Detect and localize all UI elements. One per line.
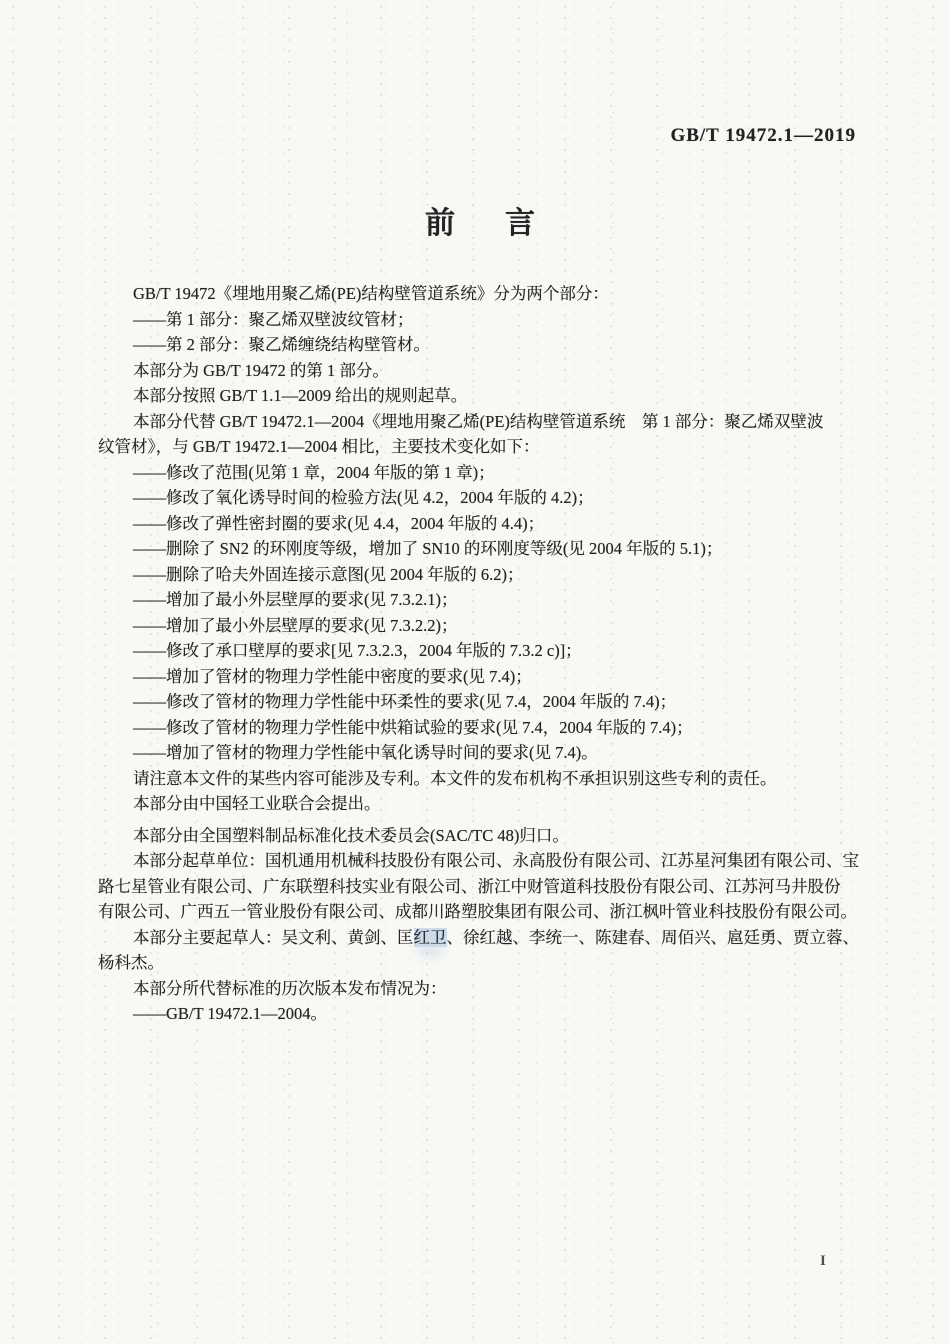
text-line: 本部分为 GB/T 19472 的第 1 部分。 bbox=[98, 358, 874, 384]
text-line: ——增加了最小外层壁厚的要求(见 7.3.2.1)； bbox=[98, 587, 874, 613]
highlighted-text: 红卫 bbox=[414, 928, 447, 947]
text-line: ——增加了管材的物理力学性能中密度的要求(见 7.4)； bbox=[98, 664, 874, 690]
text-line: ——修改了氧化诱导时间的检验方法(见 4.2，2004 年版的 4.2)； bbox=[98, 485, 874, 511]
document-body: GB/T 19472《埋地用聚乙烯(PE)结构壁管道系统》分为两个部分：——第 … bbox=[98, 281, 874, 1027]
text-line: ——删除了哈夫外固连接示意图(见 2004 年版的 6.2)； bbox=[98, 562, 874, 588]
text-line: 路七星管业有限公司、广东联塑科技实业有限公司、浙江中财管道科技股份有限公司、江苏… bbox=[98, 874, 874, 900]
text-line: 本部分按照 GB/T 1.1—2009 给出的规则起草。 bbox=[98, 383, 874, 409]
text-line: 本部分起草单位：国机通用机械科技股份有限公司、永高股份有限公司、江苏星河集团有限… bbox=[98, 848, 874, 874]
text-line: 本部分由中国轻工业联合会提出。 bbox=[98, 791, 874, 817]
text-line: 有限公司、广西五一管业股份有限公司、成都川路塑胶集团有限公司、浙江枫叶管业科技股… bbox=[98, 899, 874, 925]
text-line: ——第 1 部分：聚乙烯双壁波纹管材； bbox=[98, 307, 874, 333]
text-line: 纹管材》，与 GB/T 19472.1—2004 相比，主要技术变化如下： bbox=[98, 434, 874, 460]
text-line: ——删除了 SN2 的环刚度等级，增加了 SN10 的环刚度等级(见 2004 … bbox=[98, 536, 874, 562]
text-line: 本部分所代替标准的历次版本发布情况为： bbox=[98, 976, 874, 1002]
text-line: ——增加了管材的物理力学性能中氧化诱导时间的要求(见 7.4)。 bbox=[98, 740, 874, 766]
page-title: 前 言 bbox=[98, 198, 862, 242]
standard-code: GB/T 19472.1—2019 bbox=[670, 125, 856, 147]
text-line: ——修改了范围(见第 1 章，2004 年版的第 1 章)； bbox=[98, 460, 874, 486]
text-line: 请注意本文件的某些内容可能涉及专利。本文件的发布机构不承担识别这些专利的责任。 bbox=[98, 766, 874, 792]
text-line: ——GB/T 19472.1—2004。 bbox=[98, 1001, 874, 1027]
text-line: 本部分主要起草人：吴文利、黄剑、匡红卫、徐红越、李统一、陈建春、周佰兴、扈廷勇、… bbox=[98, 925, 874, 951]
page-number: I bbox=[820, 1253, 826, 1270]
document-page: GB/T 19472.1—2019 前 言 GB/T 19472《埋地用聚乙烯(… bbox=[0, 0, 950, 1344]
text-line: 本部分代替 GB/T 19472.1—2004《埋地用聚乙烯(PE)结构壁管道系… bbox=[98, 409, 874, 435]
text-line: ——修改了管材的物理力学性能中烘箱试验的要求(见 7.4，2004 年版的 7.… bbox=[98, 715, 874, 741]
text-line: ——修改了弹性密封圈的要求(见 4.4，2004 年版的 4.4)； bbox=[98, 511, 874, 537]
text-line: ——修改了承口壁厚的要求[见 7.3.2.3，2004 年版的 7.3.2 c)… bbox=[98, 638, 874, 664]
text-line: ——增加了最小外层壁厚的要求(见 7.3.2.2)； bbox=[98, 613, 874, 639]
text-line: GB/T 19472《埋地用聚乙烯(PE)结构壁管道系统》分为两个部分： bbox=[98, 281, 874, 307]
text-line: ——修改了管材的物理力学性能中环柔性的要求(见 7.4，2004 年版的 7.4… bbox=[98, 689, 874, 715]
text-line: 杨科杰。 bbox=[98, 950, 874, 976]
text-line: 本部分由全国塑料制品标准化技术委员会(SAC/TC 48)归口。 bbox=[98, 823, 874, 849]
text-line: ——第 2 部分：聚乙烯缠绕结构壁管材。 bbox=[98, 332, 874, 358]
